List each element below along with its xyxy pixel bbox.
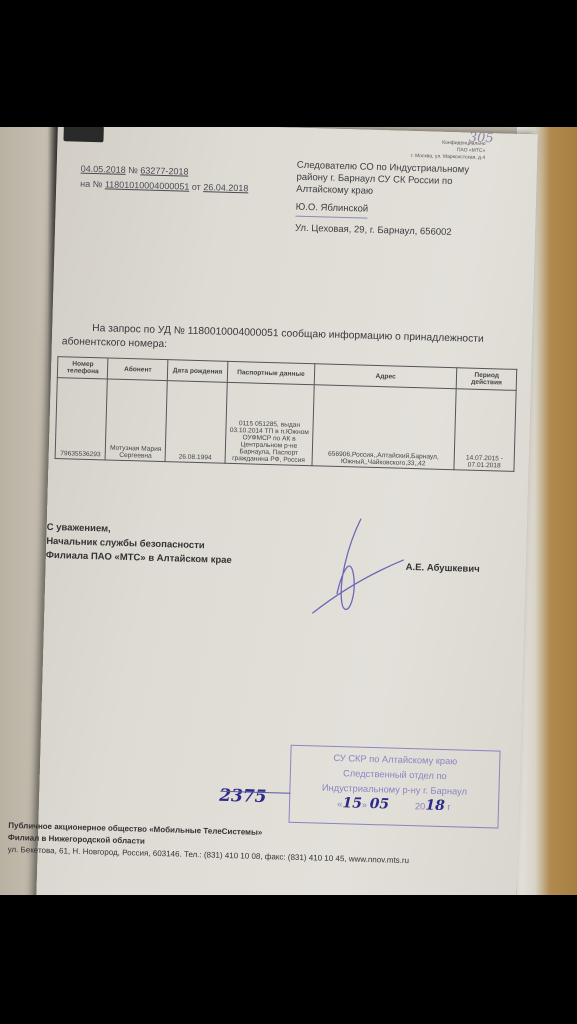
cell-passport: 0115 051285, выдан 03.10.2014 ТП в п.Южн… — [225, 382, 314, 465]
letter-sheet: 305 Конфиденциально ПАО «МТС» г. Москва,… — [36, 127, 538, 895]
stamp-month: 05 — [369, 796, 389, 813]
addressee-street: Ул. Цеховая, 29, г. Барнаул, 656002 — [295, 223, 500, 241]
handwritten-number: 2375 — [219, 786, 267, 807]
cell-phone: 79635536293 — [55, 378, 108, 460]
stamp-quote-close: » — [362, 800, 367, 810]
reply-to-date: 26.04.2018 — [203, 182, 248, 193]
cell-birth-date: 26.08.1994 — [165, 381, 227, 464]
stamp-day: 15 — [342, 795, 362, 812]
cell-address: 656906,Россия,,Алтайский,Барнаул, Южный,… — [312, 385, 457, 470]
col-period: Период действия — [456, 368, 516, 391]
table-row: 79635536293 Мотузная Мария Сергеевна 26.… — [55, 378, 516, 472]
col-passport: Паспортные данные — [227, 361, 315, 384]
col-subscriber: Абонент — [108, 358, 168, 381]
reply-to-date-label: от — [192, 182, 201, 192]
reply-to-label: на № — [80, 179, 102, 190]
stamp-year-suffix: 18 — [425, 798, 445, 815]
reference-block: 04.05.2018 № 63277-2018 на № 11801010004… — [80, 162, 249, 197]
reply-to-number: 11801010004000051 — [105, 179, 190, 191]
addressee-block: Следователю СО по Индустриальному району… — [295, 160, 502, 241]
signature-icon — [306, 513, 409, 626]
mts-logo-icon — [63, 127, 103, 142]
body-text: На запрос по УД № 1180010004000051 сообщ… — [62, 321, 513, 362]
document-photo: 305 Конфиденциально ПАО «МТС» г. Москва,… — [0, 127, 577, 895]
addressee-name: Ю.О. Яблинской — [295, 202, 368, 219]
stamp-year-prefix: 20 — [415, 801, 426, 811]
col-phone: Номер телефона — [57, 357, 108, 379]
signer-name: А.Е. Абушкевич — [406, 562, 480, 575]
corner-header: 305 Конфиденциально ПАО «МТС» г. Москва,… — [411, 139, 486, 162]
receipt-stamp: СУ СКР по Алтайскому краю Следственный о… — [288, 745, 500, 829]
outgoing-date: 04.05.2018 — [81, 164, 126, 175]
outgoing-number-label: № — [128, 165, 138, 175]
cell-subscriber: Мотузная Мария Сергеевна — [106, 379, 168, 462]
closing-block: С уважением, Начальник службы безопаснос… — [46, 521, 233, 568]
cell-period: 14.07.2015 - 07.01.2018 — [454, 389, 516, 472]
company-footer: Публичное акционерное общество «Мобильны… — [7, 820, 409, 867]
col-birth-date: Дата рождения — [167, 360, 227, 383]
corner-line-3: г. Москва, ул. Марксистская, д.4 — [411, 153, 485, 162]
subscriber-table: Номер телефона Абонент Дата рождения Пас… — [55, 356, 518, 472]
stamp-year-end: г — [447, 802, 451, 812]
addressee-position: Следователю СО по Индустриальному району… — [296, 160, 502, 202]
handwritten-page-number: 305 — [469, 134, 494, 142]
outgoing-number: 63277-2018 — [140, 165, 188, 176]
